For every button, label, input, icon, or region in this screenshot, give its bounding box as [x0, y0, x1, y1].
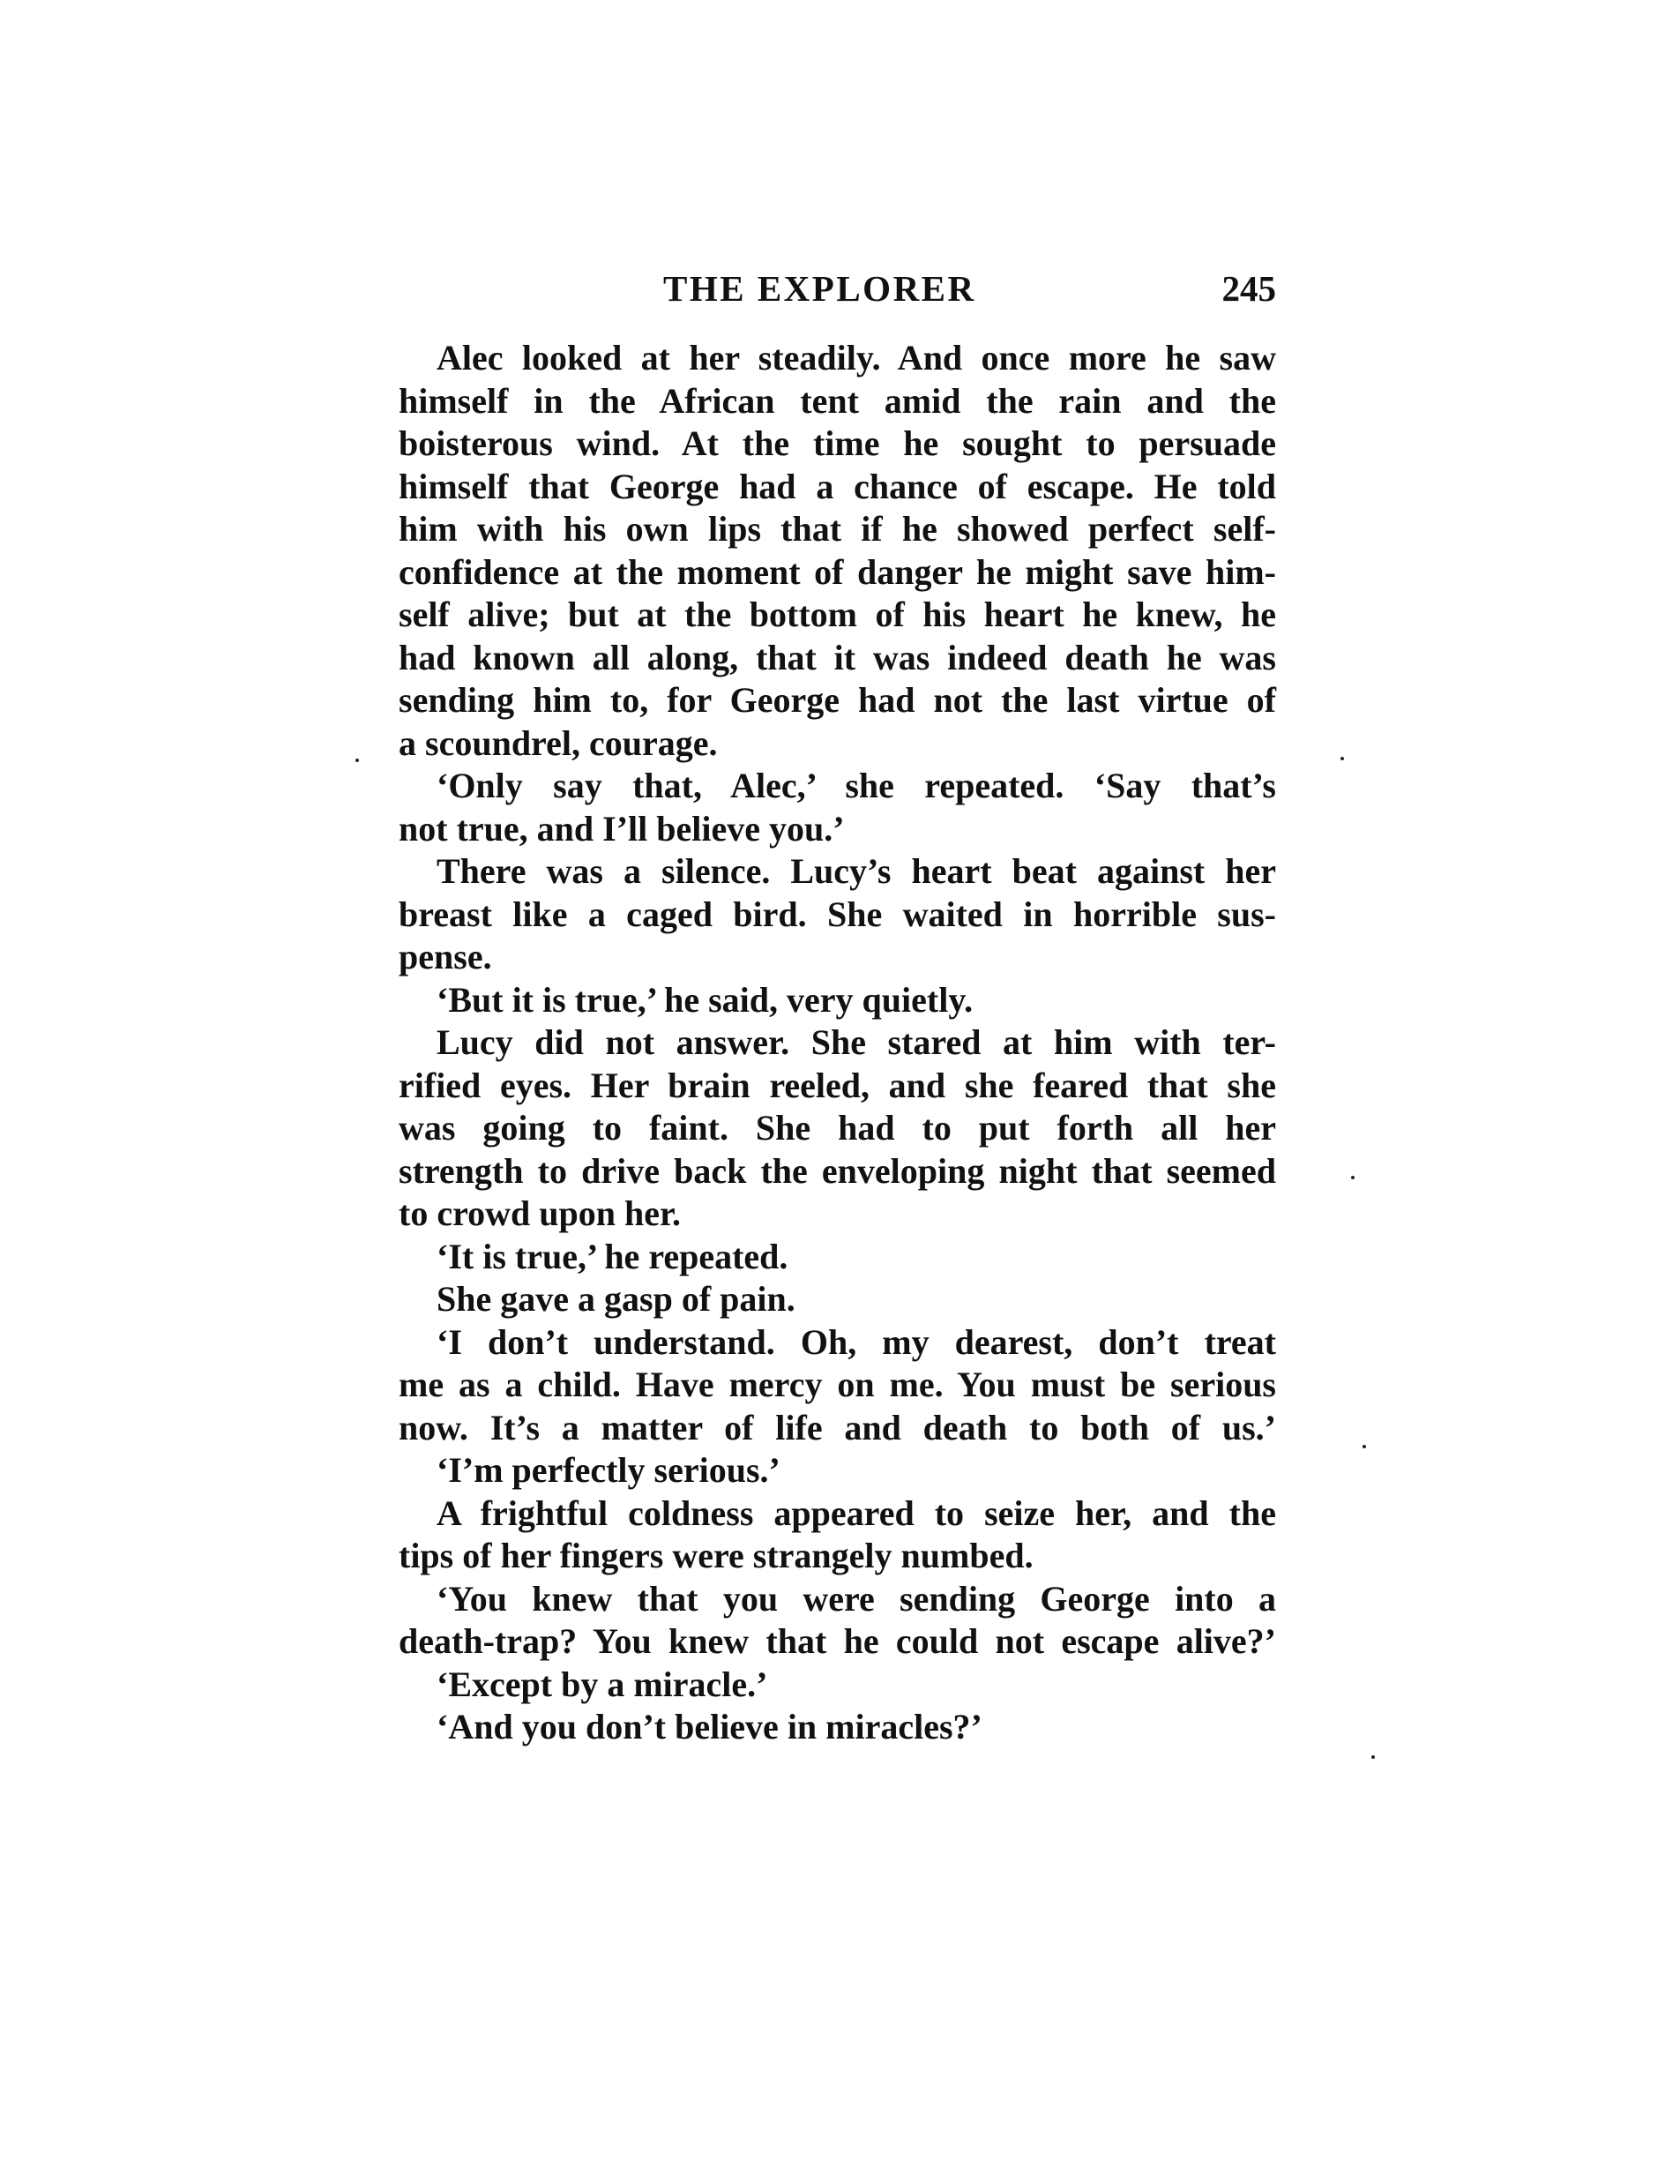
text-line: sending him to, for George had not the l…	[399, 679, 1276, 722]
text-line: death-trap? You knew that he could not e…	[399, 1620, 1276, 1664]
scan-speck	[355, 759, 359, 762]
scan-speck	[1371, 1755, 1375, 1759]
text-line: rified eyes. Her brain reeled, and she f…	[399, 1065, 1276, 1108]
text-line: not true, and I’ll believe you.’	[399, 808, 1276, 851]
text-line: self alive; but at the bottom of his hea…	[399, 594, 1276, 637]
text-line: A frightful coldness appeared to seize h…	[399, 1492, 1276, 1536]
text-line: tips of her fingers were strangely numbe…	[399, 1535, 1276, 1578]
text-line: me as a child. Have mercy on me. You mus…	[399, 1364, 1276, 1407]
text-line: had known all along, that it was indeed …	[399, 637, 1276, 680]
text-line: ‘But it is true,’ he said, very quietly.	[399, 979, 1276, 1022]
text-line: She gave a gasp of pain.	[399, 1278, 1276, 1321]
text-line: boisterous wind. At the time he sought t…	[399, 423, 1276, 466]
body-text: Alec looked at her steadily. And once mo…	[399, 337, 1276, 1749]
scan-speck	[1340, 757, 1344, 760]
text-line: to crowd upon her.	[399, 1193, 1276, 1236]
text-line: ‘Only say that, Alec,’ she repeated. ‘Sa…	[399, 765, 1276, 808]
text-line: himself in the African tent amid the rai…	[399, 380, 1276, 423]
text-line: was going to faint. She had to put forth…	[399, 1107, 1276, 1150]
text-line: pense.	[399, 936, 1276, 979]
text-line: ‘You knew that you were sending George i…	[399, 1578, 1276, 1621]
text-line: ‘Except by a miracle.’	[399, 1664, 1276, 1707]
text-line: confidence at the moment of danger he mi…	[399, 551, 1276, 595]
scan-speck	[1351, 1176, 1355, 1179]
text-line: now. It’s a matter of life and death to …	[399, 1407, 1276, 1450]
text-line: himself that George had a chance of esca…	[399, 466, 1276, 509]
text-line: ‘It is true,’ he repeated.	[399, 1236, 1276, 1279]
text-line: a scoundrel, courage.	[399, 722, 1276, 766]
text-line: There was a silence. Lucy’s heart beat a…	[399, 850, 1276, 894]
running-head-title: THE EXPLORER	[663, 267, 976, 310]
book-page: THE EXPLORER 245 Alec looked at her stea…	[0, 0, 1680, 2184]
text-line: ‘I don’t understand. Oh, my dearest, don…	[399, 1321, 1276, 1365]
scan-speck	[1363, 1445, 1366, 1448]
page-number: 245	[1222, 267, 1277, 310]
text-line: Lucy did not answer. She stared at him w…	[399, 1021, 1276, 1065]
text-line: ‘I’m perfectly serious.’	[399, 1449, 1276, 1492]
text-line: breast like a caged bird. She waited in …	[399, 894, 1276, 937]
text-line: ‘And you don’t believe in miracles?’	[399, 1706, 1276, 1749]
text-line: him with his own lips that if he showed …	[399, 508, 1276, 551]
text-line: Alec looked at her steadily. And once mo…	[399, 337, 1276, 380]
running-head: THE EXPLORER 245	[399, 267, 1276, 310]
text-line: strength to drive back the enveloping ni…	[399, 1150, 1276, 1193]
